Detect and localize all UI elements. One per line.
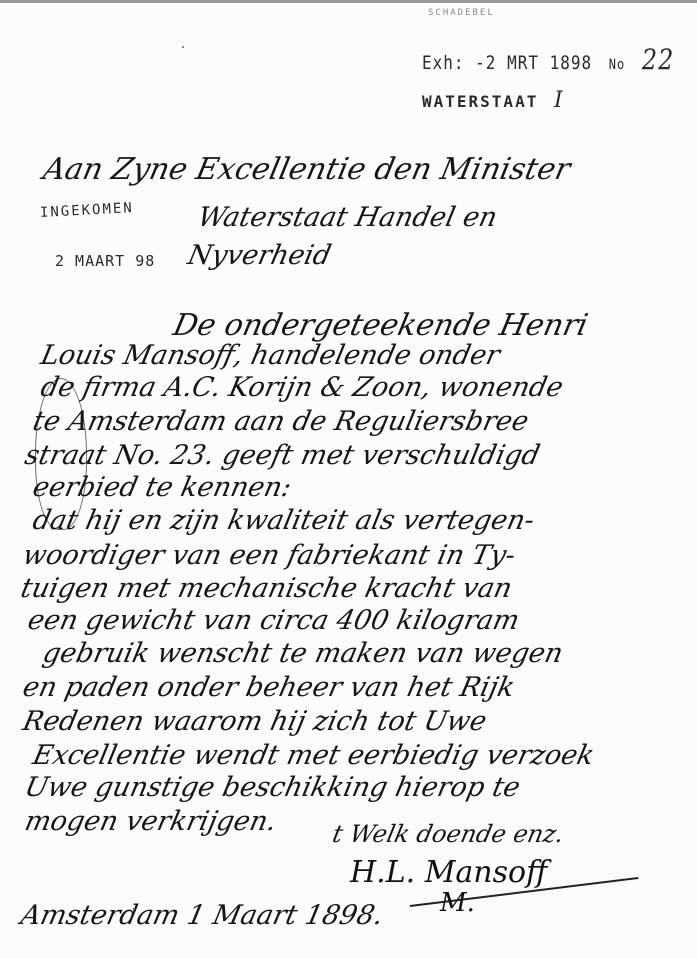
body-line: Excellentie wendt met eerbiedig verzoek: [30, 740, 597, 771]
body-line: De ondergeteekende Henri: [170, 308, 591, 343]
received-stamp-date: 2 MAART 98: [55, 252, 155, 270]
body-line: een gewicht van circa 400 kilogram: [25, 605, 522, 636]
body-line: en paden onder beheer van het Rijk: [20, 672, 517, 703]
paper-speck: [133, 908, 135, 910]
faint-stamp: SCHADEBEL: [428, 8, 495, 18]
body-line: mogen verkrijgen.: [22, 806, 279, 837]
received-stamp-label: INGEKOMEN: [40, 200, 135, 221]
department-name: WATERSTAAT: [422, 92, 538, 111]
address-line-3: Nyverheid: [185, 240, 334, 271]
paraph: M.: [440, 888, 475, 918]
body-line: Redenen waarom hij zich tot Uwe: [20, 706, 489, 737]
address-line-1: Aan Zyne Excellentie den Minister: [40, 152, 573, 187]
body-line: woordiger van een fabriekant in Ty-: [20, 540, 518, 571]
body-line: dat hij en zijn kwaliteit als vertegen-: [30, 505, 537, 536]
body-line: te Amsterdam aan de Reguliersbree: [30, 406, 531, 437]
closing-formula: t Welk doende enz.: [330, 820, 567, 848]
body-line: tuigen met mechanische kracht van: [18, 573, 515, 604]
paper-speck: [182, 46, 184, 48]
department-division: I: [554, 88, 565, 113]
exhibitum-number: 22: [642, 44, 675, 76]
scanned-letter-page: SCHADEBEL Exh: -2 MRT 1898 No 22 WATERST…: [0, 0, 697, 958]
exhibitum-number-label: No: [609, 57, 625, 73]
signature: H.L. Mansoff: [350, 855, 547, 890]
department-stamp: WATERSTAAT I: [422, 88, 565, 113]
place-date: Amsterdam 1 Maart 1898.: [18, 900, 386, 931]
body-line: Uwe gunstige beschikking hierop te: [22, 772, 523, 803]
scan-top-edge: [0, 0, 697, 3]
body-line: gebruik wenscht te maken van wegen: [40, 638, 566, 669]
exhibitum-date: Exh: -2 MRT 1898: [422, 52, 592, 74]
address-line-2: Waterstaat Handel en: [195, 202, 500, 233]
body-line: eerbied te kennen:: [30, 472, 294, 503]
body-line: Louis Mansoff, handelende onder: [38, 340, 503, 371]
exhibitum-stamp: Exh: -2 MRT 1898 No 22: [422, 44, 674, 76]
body-line: de firma A.C. Korijn & Zoon, wonende: [38, 372, 566, 403]
body-line: straat No. 23. geeft met verschuldigd: [22, 440, 543, 471]
